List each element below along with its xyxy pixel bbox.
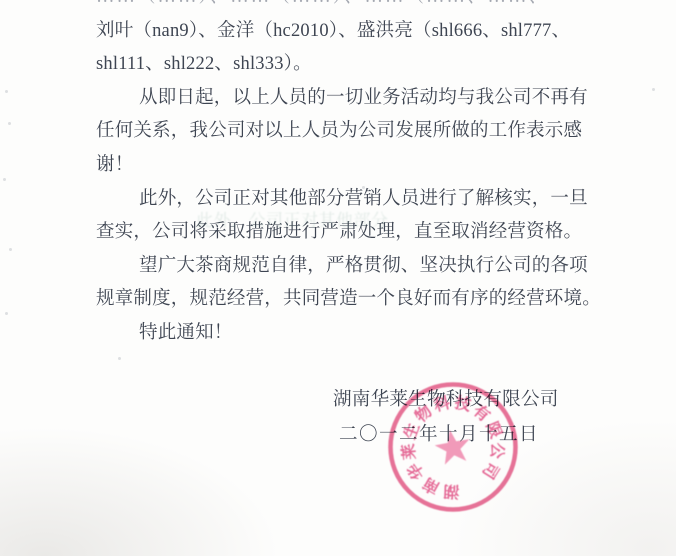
bleed-through-text: 此外，公司正对其他部分 [196,206,389,231]
svg-text:物: 物 [411,401,436,426]
document-page: ……（……）、……（……）、……（……、……、刘叶（nan9）、金洋（hc201… [0,0,676,556]
notice-body: ……（……）、……（……）、……（……、……、刘叶（nan9）、金洋（hc201… [96,0,601,351]
scan-speck [3,178,6,181]
svg-text:限: 限 [482,419,506,441]
svg-text:湖: 湖 [443,482,460,501]
notice-line: 特此通知！ [96,317,601,351]
notice-line: 规章制度，规范经营，共同营造一个良好而有序的经营环境。 [96,283,601,317]
svg-text:科: 科 [432,392,453,415]
notice-line: 谢！ [96,149,601,183]
notice-line: 刘叶（nan9）、金洋（hc2010）、盛洪亮（shl666、shl777、 [96,15,601,49]
notice-line: 望广大茶商规范自律，严格贯彻、坚决执行公司的各项 [96,250,601,284]
scan-speck [9,248,12,251]
svg-text:有: 有 [469,401,493,426]
scan-shadow-bottom-left [0,416,300,556]
svg-text:公: 公 [487,442,506,460]
scan-speck [8,122,11,125]
svg-text:生: 生 [401,420,424,441]
notice-line: 任何关系，我公司对以上人员为公司发展所做的工作表示感 [96,115,601,149]
svg-text:技: 技 [452,393,473,414]
scan-speck [5,90,8,93]
star-icon [435,430,470,465]
svg-text:华: 华 [404,460,429,484]
svg-text:莱: 莱 [398,443,419,461]
scan-speck [118,357,121,360]
scan-speck [5,312,8,315]
notice-line: 从即日起，以上人员的一切业务活动均与我公司不再有 [96,82,601,116]
scan-speck [652,88,655,91]
notice-line-clipped: ……（……）、……（……）、……（……、……、 [96,0,601,15]
svg-text:司: 司 [478,459,503,483]
company-seal-stamp: 湖南华莱生物科技有限公司 [388,377,518,517]
notice-line: shl111、shl222、shl333）。 [96,48,601,82]
